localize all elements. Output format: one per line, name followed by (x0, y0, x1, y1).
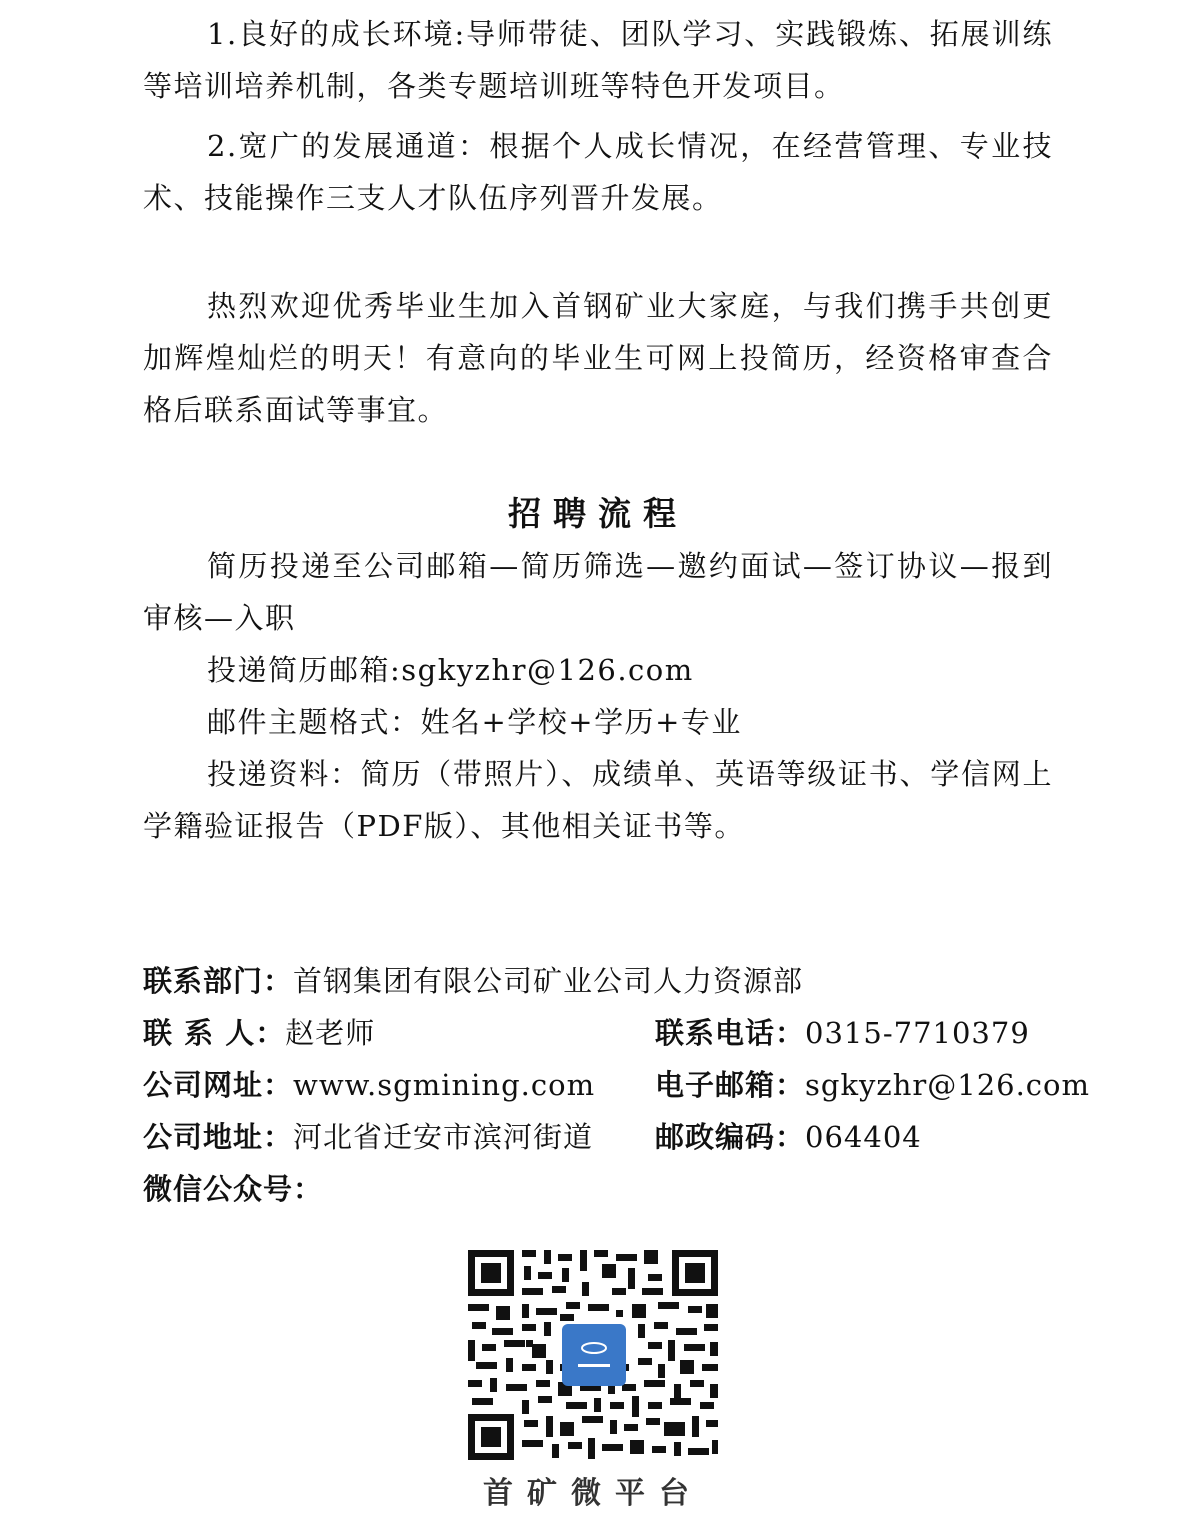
materials-paragraph: 投递资料：简历（带照片）、成绩单、英语等级证书、学信网上学籍验证报告（PDF版）… (143, 748, 1053, 852)
department-value: 首钢集团有限公司矿业公司人力资源部 (293, 964, 803, 998)
person-label: 联 系 人： (143, 1016, 285, 1050)
benefit-text: 宽广的发展通道：根据个人成长情况，在经营管理、专业技术、技能操作三支人才队伍序列… (143, 129, 1053, 215)
benefit-2: 2.宽广的发展通道：根据个人成长情况，在经营管理、专业技术、技能操作三支人才队伍… (143, 120, 1053, 224)
resume-email-line: 投递简历邮箱:sgkyzhr@126.com (143, 644, 1053, 696)
contact-row-department: 联系部门：首钢集团有限公司矿业公司人力资源部 (143, 955, 1063, 1007)
benefit-number: 1. (207, 17, 238, 51)
qr-caption: 首矿微平台 (462, 1474, 724, 1514)
qr-logo-icon (562, 1324, 626, 1386)
qr-code-icon (462, 1244, 724, 1466)
phone-value: 0315-7710379 (805, 1016, 1030, 1050)
contact-row-address-postcode: 公司地址：河北省迁安市滨河街道 邮政编码：064404 (143, 1111, 1063, 1163)
person-value: 赵老师 (285, 1016, 375, 1050)
postcode-label: 邮政编码： (655, 1120, 805, 1154)
wechat-qr-block: 首矿微平台 (462, 1244, 732, 1514)
department-label: 联系部门： (143, 964, 293, 998)
benefit-text: 良好的成长环境:导师带徒、团队学习、实践锻炼、拓展训练等培训培养机制，各类专题培… (143, 17, 1053, 103)
address-label: 公司地址： (143, 1120, 293, 1154)
welcome-paragraph: 热烈欢迎优秀毕业生加入首钢矿业大家庭，与我们携手共创更加辉煌灿烂的明天！有意向的… (143, 280, 1053, 436)
subject-format-line: 邮件主题格式：姓名+学校+学历+专业 (143, 696, 1053, 748)
wechat-label: 微信公众号： (143, 1172, 323, 1206)
postcode-value: 064404 (805, 1120, 922, 1154)
process-steps: 简历投递至公司邮箱—简历筛选—邀约面试—签订协议—报到审核—入职 (143, 540, 1053, 644)
phone-label: 联系电话： (655, 1016, 805, 1050)
contact-row-wechat: 微信公众号： (143, 1163, 1063, 1215)
contact-row-website-email: 公司网址：www.sgmining.com 电子邮箱：sgkyzhr@126.c… (143, 1059, 1063, 1111)
website-label: 公司网址： (143, 1068, 293, 1102)
email-value[interactable]: sgkyzhr@126.com (805, 1068, 1090, 1102)
section-title-recruitment-process: 招聘流程 (143, 488, 1053, 540)
address-value: 河北省迁安市滨河街道 (293, 1120, 593, 1154)
contact-row-person-phone: 联 系 人：赵老师 联系电话：0315-7710379 (143, 1007, 1063, 1059)
email-label: 电子邮箱： (655, 1068, 805, 1102)
benefit-number: 2. (207, 129, 238, 163)
benefit-1: 1.良好的成长环境:导师带徒、团队学习、实践锻炼、拓展训练等培训培养机制，各类专… (143, 8, 1053, 112)
website-value[interactable]: www.sgmining.com (293, 1068, 595, 1102)
qr-code-image[interactable] (462, 1244, 724, 1466)
